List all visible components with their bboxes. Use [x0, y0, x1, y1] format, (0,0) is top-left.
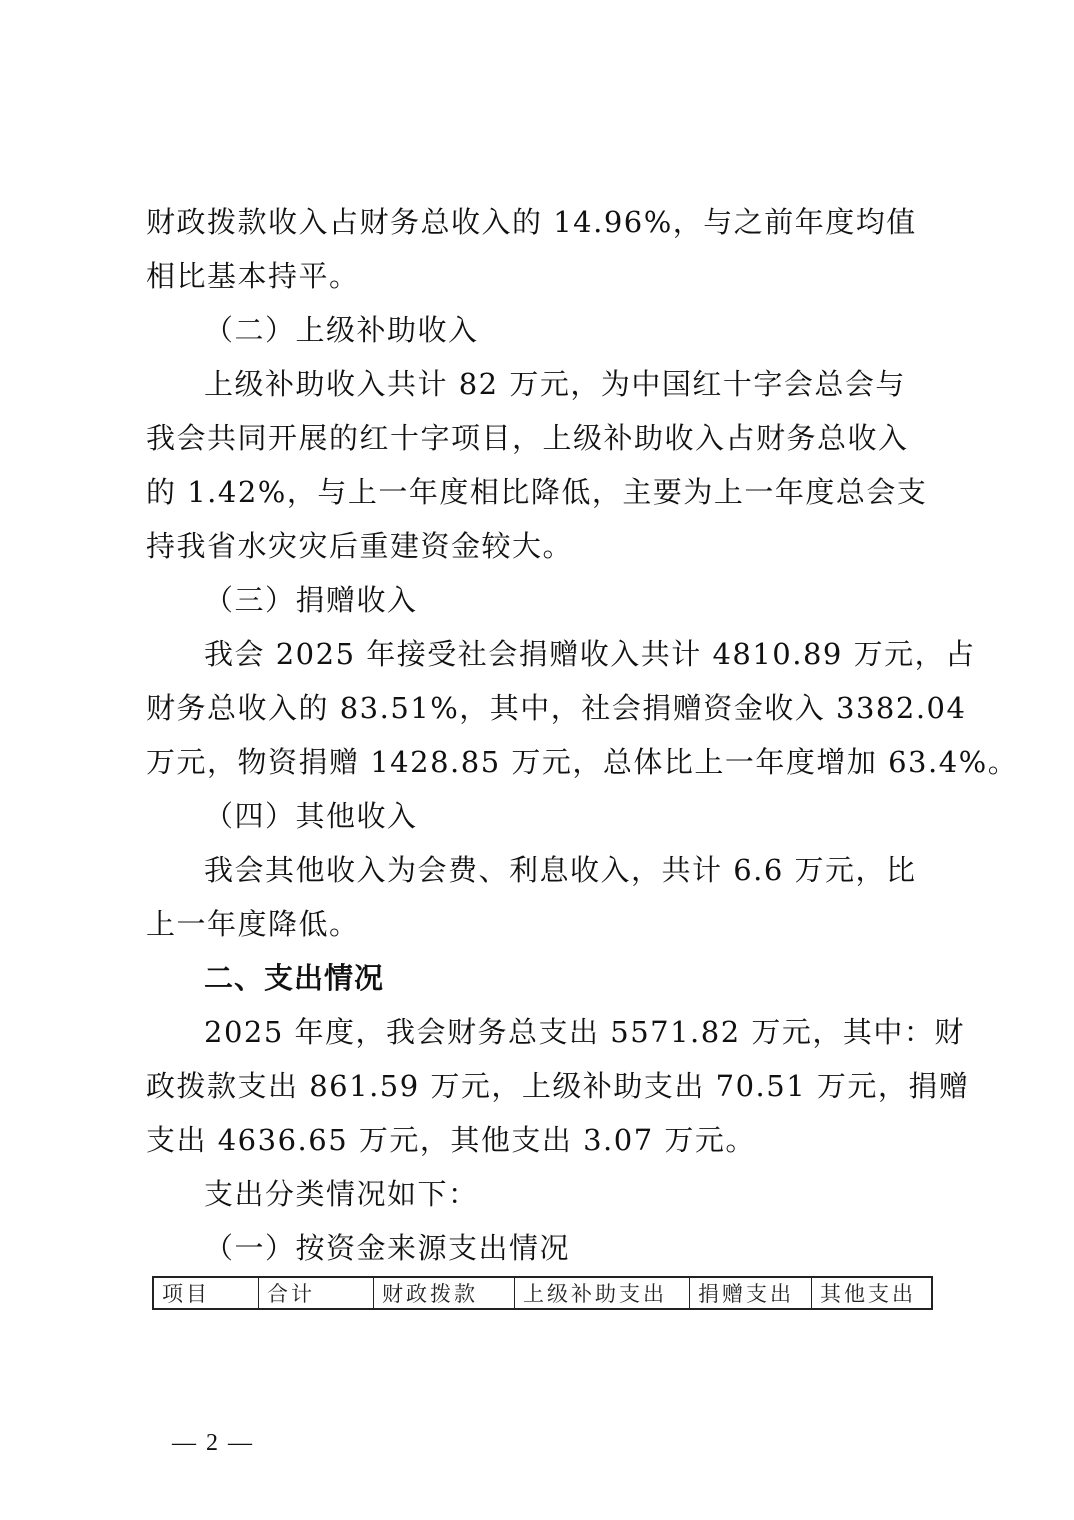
paragraph-line: 我会 2025 年接受社会捐赠收入共计 4810.89 万元，占 [204, 636, 1004, 672]
document-page: 财政拨款收入占财务总收入的 14.96%，与之前年度均值 相比基本持平。 （二）… [0, 0, 1074, 1520]
paragraph-line: 上一年度降低。 [146, 906, 946, 942]
page-number: — 2 — [172, 1430, 254, 1457]
paragraph-line: 我会共同开展的红十字项目，上级补助收入占财务总收入 [146, 420, 946, 456]
paragraph-line: 财务总收入的 83.51%，其中，社会捐赠资金收入 3382.04 [146, 690, 946, 726]
expenditure-table: 项目 合计 财政拨款 上级补助支出 捐赠支出 其他支出 [152, 1276, 933, 1310]
paragraph-line: 的 1.42%，与上一年度相比降低，主要为上一年度总会支 [146, 474, 946, 510]
table-header-cell: 财政拨款 [374, 1277, 515, 1309]
paragraph-line: 相比基本持平。 [146, 258, 946, 294]
chapter-heading: 二、支出情况 [204, 960, 1004, 996]
paragraph-line: 政拨款支出 861.59 万元，上级补助支出 70.51 万元，捐赠 [146, 1068, 946, 1104]
section-heading: （二）上级补助收入 [204, 312, 1004, 348]
table-header-cell: 上级补助支出 [515, 1277, 690, 1309]
table-header-cell: 捐赠支出 [690, 1277, 812, 1309]
table-header-cell: 合计 [259, 1277, 374, 1309]
table-header-row: 项目 合计 财政拨款 上级补助支出 捐赠支出 其他支出 [153, 1277, 932, 1309]
paragraph-line: 我会其他收入为会费、利息收入，共计 6.6 万元，比 [204, 852, 1004, 888]
section-heading: （三）捐赠收入 [204, 582, 1004, 618]
table-header-cell: 其他支出 [812, 1277, 933, 1309]
paragraph-line: 支出 4636.65 万元，其他支出 3.07 万元。 [146, 1122, 946, 1158]
paragraph-line: 上级补助收入共计 82 万元，为中国红十字会总会与 [204, 366, 1004, 402]
paragraph-line: 财政拨款收入占财务总收入的 14.96%，与之前年度均值 [146, 204, 946, 240]
paragraph-line: 2025 年度，我会财务总支出 5571.82 万元，其中：财 [204, 1014, 1004, 1050]
paragraph-line: 持我省水灾灾后重建资金较大。 [146, 528, 946, 564]
paragraph-line: 万元，物资捐赠 1428.85 万元，总体比上一年度增加 63.4%。 [146, 744, 946, 780]
table-header-cell: 项目 [153, 1277, 259, 1309]
section-heading: （一）按资金来源支出情况 [204, 1230, 1004, 1266]
paragraph-line: 支出分类情况如下： [204, 1176, 1004, 1212]
section-heading: （四）其他收入 [204, 798, 1004, 834]
